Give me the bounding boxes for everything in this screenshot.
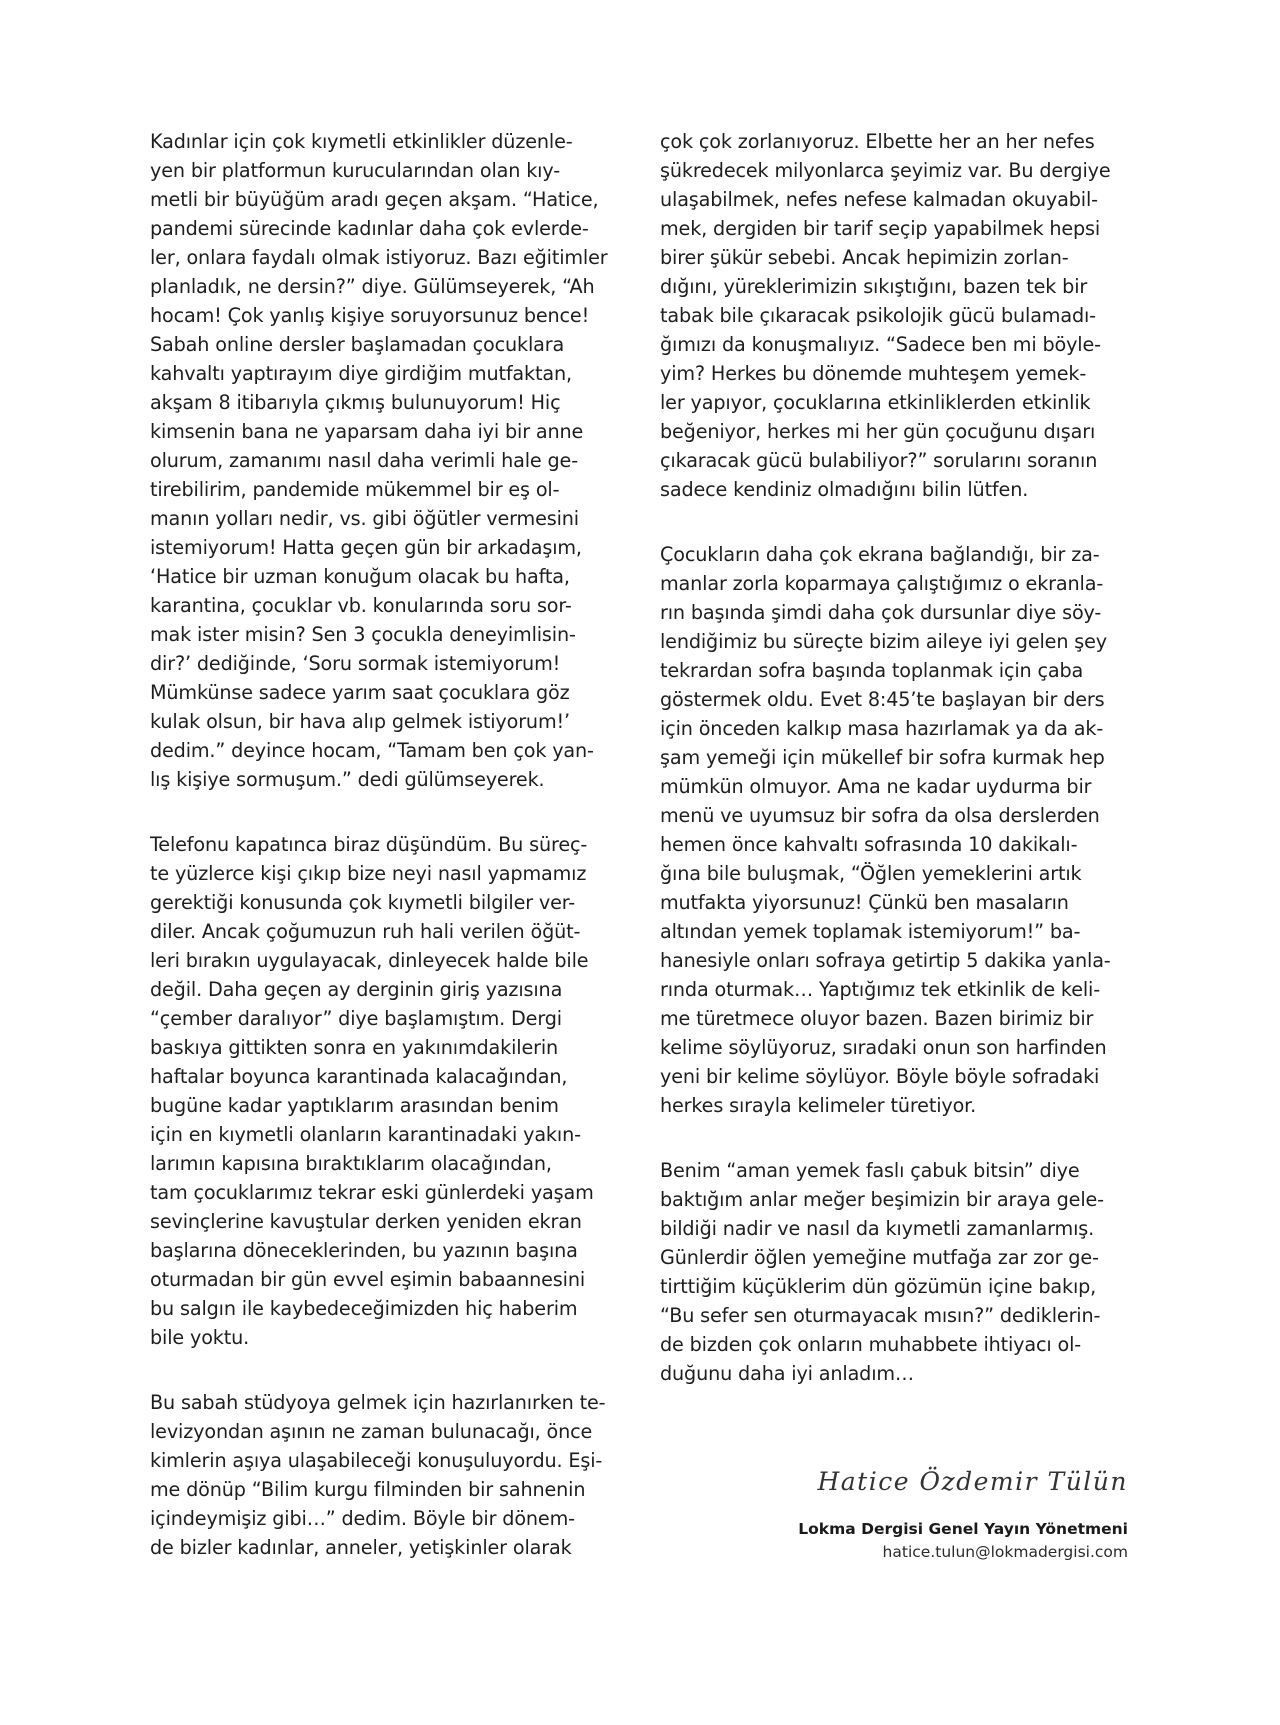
right-column: çok çok zorlanıyoruz. Elbette her an her…	[660, 127, 1130, 1424]
text-line: “çember daralıyor” diye başlamıştım. Der…	[150, 1004, 620, 1033]
text-line: Bu sabah stüdyoya gelmek için hazırlanır…	[150, 1388, 620, 1417]
text-line: hemen önce kahvaltı sofrasında 10 dakika…	[660, 830, 1130, 859]
text-line: ler yapıyor, çocuklarına etkinliklerden …	[660, 388, 1130, 417]
text-line: bugüne kadar yaptıklarım arasından benim	[150, 1091, 620, 1120]
text-line: dir?’ dediğinde, ‘Soru sormak istemiyoru…	[150, 649, 620, 678]
text-line: bildiği nadir ve nasıl da kıymetli zaman…	[660, 1214, 1130, 1243]
text-line: manın yolları nedir, vs. gibi öğütler ve…	[150, 504, 620, 533]
paragraph: Bu sabah stüdyoya gelmek için hazırlanır…	[150, 1388, 620, 1562]
text-line: “Bu sefer sen oturmayacak mısın?” dedikl…	[660, 1301, 1130, 1330]
text-line: Sabah online dersler başlamadan çocuklar…	[150, 330, 620, 359]
text-line: bu salgın ile kaybedeceğimizden hiç habe…	[150, 1294, 620, 1323]
text-line: ler, onlara faydalı olmak istiyoruz. Baz…	[150, 243, 620, 272]
text-line: olurum, zamanımı nasıl daha verimli hale…	[150, 446, 620, 475]
text-line: dedim.” deyince hocam, “Tamam ben çok ya…	[150, 736, 620, 765]
text-line: planladık, ne dersin?” diye. Gülümseyere…	[150, 272, 620, 301]
text-line: göstermek oldu. Evet 8:45’te başlayan bi…	[660, 685, 1130, 714]
text-line: tam çocuklarımız tekrar eski günlerdeki …	[150, 1178, 620, 1207]
paragraph: Telefonu kapatınca biraz düşündüm. Bu sü…	[150, 830, 620, 1352]
text-line: Benim “aman yemek faslı çabuk bitsin” di…	[660, 1156, 1130, 1185]
text-line: sevinçlerine kavuştular derken yeniden e…	[150, 1207, 620, 1236]
text-line: çok çok zorlanıyoruz. Elbette her an her…	[660, 127, 1130, 156]
text-line: baskıya gittikten sonra en yakınımdakile…	[150, 1033, 620, 1062]
text-line: tirttiğim küçüklerim dün gözümün içine b…	[660, 1272, 1130, 1301]
text-line: tekrardan sofra başında toplanmak için ç…	[660, 656, 1130, 685]
text-line: Mümkünse sadece yarım saat çocuklara göz	[150, 678, 620, 707]
text-line: mutfakta yiyorsunuz! Çünkü ben masaların	[660, 888, 1130, 917]
text-line: başlarına döneceklerinden, bu yazının ba…	[150, 1236, 620, 1265]
text-line: dığını, yüreklerimizin sıkıştığını, baze…	[660, 272, 1130, 301]
text-line: beğeniyor, herkes mi her gün çocuğunu dı…	[660, 417, 1130, 446]
text-line: haftalar boyunca karantinada kalacağında…	[150, 1062, 620, 1091]
text-line: kimsenin bana ne yaparsam daha iyi bir a…	[150, 417, 620, 446]
text-line: diler. Ancak çoğumuzun ruh hali verilen …	[150, 917, 620, 946]
text-line: kahvaltı yaptırayım diye girdiğim mutfak…	[150, 359, 620, 388]
text-line: metli bir büyüğüm aradı geçen akşam. “Ha…	[150, 185, 620, 214]
text-line: ‘Hatice bir uzman konuğum olacak bu haft…	[150, 562, 620, 591]
text-line: Çocukların daha çok ekrana bağlandığı, b…	[660, 540, 1130, 569]
text-line: me dönüp “Bilim kurgu filminden bir sahn…	[150, 1475, 620, 1504]
text-line: larımın kapısına bıraktıklarım olacağınd…	[150, 1149, 620, 1178]
paragraph: Kadınlar için çok kıymetli etkinlikler d…	[150, 127, 620, 794]
text-line: sadece kendiniz olmadığını bilin lütfen.	[660, 475, 1130, 504]
text-line: şükredecek milyonlarca şeyimiz var. Bu d…	[660, 156, 1130, 185]
text-line: değil. Daha geçen ay derginin giriş yazı…	[150, 975, 620, 1004]
text-line: baktığım anlar meğer beşimizin bir araya…	[660, 1185, 1130, 1214]
author-signature: Hatice Özdemir Tülün	[798, 1462, 1128, 1502]
text-line: karantina, çocuklar vb. konularında soru…	[150, 591, 620, 620]
text-line: bile yoktu.	[150, 1323, 620, 1352]
text-line: rında oturmak… Yaptığımız tek etkinlik d…	[660, 975, 1130, 1004]
author-signature-block: Hatice Özdemir Tülün Lokma Dergisi Genel…	[798, 1462, 1128, 1564]
text-line: ğına bile buluşmak, “Öğlen yemeklerini a…	[660, 859, 1130, 888]
text-line: pandemi sürecinde kadınlar daha çok evle…	[150, 214, 620, 243]
text-line: mek, dergiden bir tarif seçip yapabilmek…	[660, 214, 1130, 243]
text-line: leri bırakın uygulayacak, dinleyecek hal…	[150, 946, 620, 975]
left-column: Kadınlar için çok kıymetli etkinlikler d…	[150, 127, 620, 1598]
paragraph: Benim “aman yemek faslı çabuk bitsin” di…	[660, 1156, 1130, 1388]
text-line: lış kişiye sormuşum.” dedi gülümseyerek.	[150, 765, 620, 794]
author-title: Lokma Dergisi Genel Yayın Yönetmeni	[798, 1518, 1128, 1540]
text-line: yeni bir kelime söylüyor. Böyle böyle so…	[660, 1062, 1130, 1091]
text-line: kelime söylüyoruz, sıradaki onun son har…	[660, 1033, 1130, 1062]
text-line: tabak bile çıkaracak psikolojik gücü bul…	[660, 301, 1130, 330]
text-line: mak ister misin? Sen 3 çocukla deneyimli…	[150, 620, 620, 649]
text-line: oturmadan bir gün evvel eşimin babaannes…	[150, 1265, 620, 1294]
text-line: içindeymişiz gibi…” dedim. Böyle bir dön…	[150, 1504, 620, 1533]
text-line: hocam! Çok yanlış kişiye soruyorsunuz be…	[150, 301, 620, 330]
paragraph: çok çok zorlanıyoruz. Elbette her an her…	[660, 127, 1130, 504]
text-line: lendiğimiz bu süreçte bizim aileye iyi g…	[660, 627, 1130, 656]
text-line: levizyondan aşının ne zaman bulunacağı, …	[150, 1417, 620, 1446]
paragraph: Çocukların daha çok ekrana bağlandığı, b…	[660, 540, 1130, 1120]
text-line: Kadınlar için çok kıymetli etkinlikler d…	[150, 127, 620, 156]
text-line: yim? Herkes bu dönemde muhteşem yemek-	[660, 359, 1130, 388]
text-line: de bizler kadınlar, anneler, yetişkinler…	[150, 1533, 620, 1562]
text-line: altından yemek toplamak istemiyorum!” ba…	[660, 917, 1130, 946]
text-line: menü ve uyumsuz bir sofra da olsa dersle…	[660, 801, 1130, 830]
text-line: hanesiyle onları sofraya getirtip 5 daki…	[660, 946, 1130, 975]
text-line: kimlerin aşıya ulaşabileceği konuşuluyor…	[150, 1446, 620, 1475]
text-line: herkes sırayla kelimeler türetiyor.	[660, 1091, 1130, 1120]
text-line: rın başında şimdi daha çok dursunlar diy…	[660, 598, 1130, 627]
text-line: me türetmece oluyor bazen. Bazen birimiz…	[660, 1004, 1130, 1033]
text-line: de bizden çok onların muhabbete ihtiyacı…	[660, 1330, 1130, 1359]
text-line: te yüzlerce kişi çıkıp bize neyi nasıl y…	[150, 859, 620, 888]
text-line: kulak olsun, bir hava alıp gelmek istiyo…	[150, 707, 620, 736]
text-line: için önceden kalkıp masa hazırlamak ya d…	[660, 714, 1130, 743]
text-line: birer şükür sebebi. Ancak hepimizin zorl…	[660, 243, 1130, 272]
text-line: manlar zorla koparmaya çalıştığımız o ek…	[660, 569, 1130, 598]
text-line: yen bir platformun kurucularından olan k…	[150, 156, 620, 185]
text-line: ulaşabilmek, nefes nefese kalmadan okuya…	[660, 185, 1130, 214]
text-line: mümkün olmuyor. Ama ne kadar uydurma bir	[660, 772, 1130, 801]
text-line: tirebilirim, pandemide mükemmel bir eş o…	[150, 475, 620, 504]
text-line: istemiyorum! Hatta geçen gün bir arkadaş…	[150, 533, 620, 562]
text-line: ğımızı da konuşmalıyız. “Sadece ben mi b…	[660, 330, 1130, 359]
text-line: gerektiği konusunda çok kıymetli bilgile…	[150, 888, 620, 917]
text-line: Günlerdir öğlen yemeğine mutfağa zar zor…	[660, 1243, 1130, 1272]
magazine-page: Kadınlar için çok kıymetli etkinlikler d…	[0, 0, 1280, 1725]
text-line: akşam 8 itibarıyla çıkmış bulunuyorum! H…	[150, 388, 620, 417]
author-email[interactable]: hatice.tulun@lokmadergisi.com	[798, 1540, 1128, 1564]
text-line: Telefonu kapatınca biraz düşündüm. Bu sü…	[150, 830, 620, 859]
text-line: duğunu daha iyi anladım…	[660, 1359, 1130, 1388]
text-line: için en kıymetli olanların karantinadaki…	[150, 1120, 620, 1149]
text-line: çıkaracak gücü bulabiliyor?” sorularını …	[660, 446, 1130, 475]
text-line: şam yemeği için mükellef bir sofra kurma…	[660, 743, 1130, 772]
